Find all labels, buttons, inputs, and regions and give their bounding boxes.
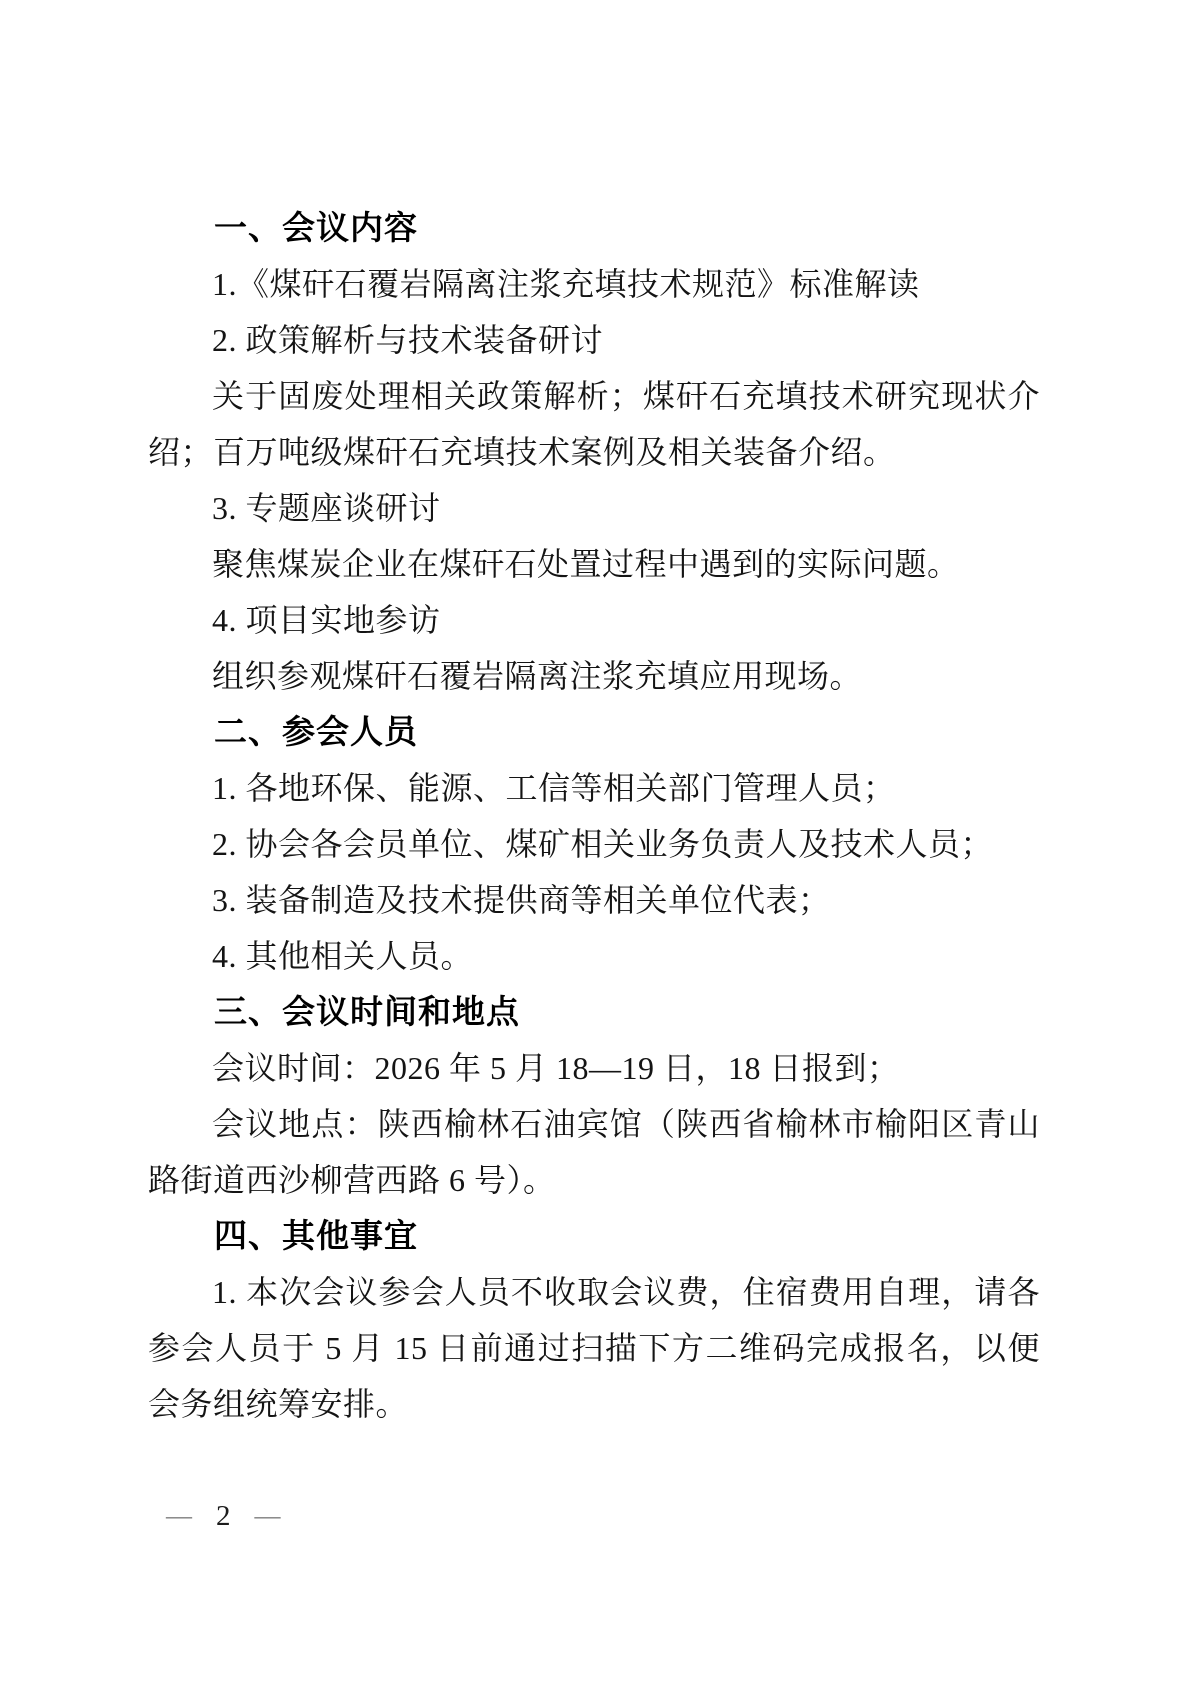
paragraph: 1. 各地环保、能源、工信等相关部门管理人员； xyxy=(148,760,1040,816)
paragraph: 会议地点：陕西榆林石油宾馆（陕西省榆林市榆阳区青山路街道西沙柳营西路 6 号）。 xyxy=(148,1096,1040,1208)
page-number: 2 xyxy=(216,1496,231,1536)
paragraph: 1.《煤矸石覆岩隔离注浆充填技术规范》标准解读 xyxy=(148,256,1040,312)
paragraph: 组织参观煤矸石覆岩隔离注浆充填应用现场。 xyxy=(148,648,1040,704)
paragraph: 1. 本次会议参会人员不收取会议费，住宿费用自理，请各参会人员于 5 月 15 … xyxy=(148,1264,1040,1432)
section-heading: 一、会议内容 xyxy=(148,200,1040,256)
paragraph: 聚焦煤炭企业在煤矸石处置过程中遇到的实际问题。 xyxy=(148,536,1040,592)
document-page: 一、会议内容 1.《煤矸石覆岩隔离注浆充填技术规范》标准解读 2. 政策解析与技… xyxy=(0,0,1190,1682)
paragraph: 4. 其他相关人员。 xyxy=(148,928,1040,984)
footer-left-dash: — xyxy=(166,1496,192,1536)
paragraph: 关于固废处理相关政策解析；煤矸石充填技术研究现状介绍；百万吨级煤矸石充填技术案例… xyxy=(148,368,1040,480)
section-heading: 四、其他事宜 xyxy=(148,1208,1040,1264)
paragraph: 2. 政策解析与技术装备研讨 xyxy=(148,312,1040,368)
section-heading: 二、参会人员 xyxy=(148,704,1040,760)
paragraph: 会议时间：2026 年 5 月 18—19 日，18 日报到； xyxy=(148,1040,1040,1096)
document-body: 一、会议内容 1.《煤矸石覆岩隔离注浆充填技术规范》标准解读 2. 政策解析与技… xyxy=(148,200,1040,1432)
paragraph: 3. 专题座谈研讨 xyxy=(148,480,1040,536)
section-heading: 三、会议时间和地点 xyxy=(148,984,1040,1040)
paragraph: 3. 装备制造及技术提供商等相关单位代表； xyxy=(148,872,1040,928)
paragraph: 4. 项目实地参访 xyxy=(148,592,1040,648)
footer-right-dash: — xyxy=(255,1496,281,1536)
page-number-footer: — 2 — xyxy=(166,1496,281,1536)
paragraph: 2. 协会各会员单位、煤矿相关业务负责人及技术人员； xyxy=(148,816,1040,872)
